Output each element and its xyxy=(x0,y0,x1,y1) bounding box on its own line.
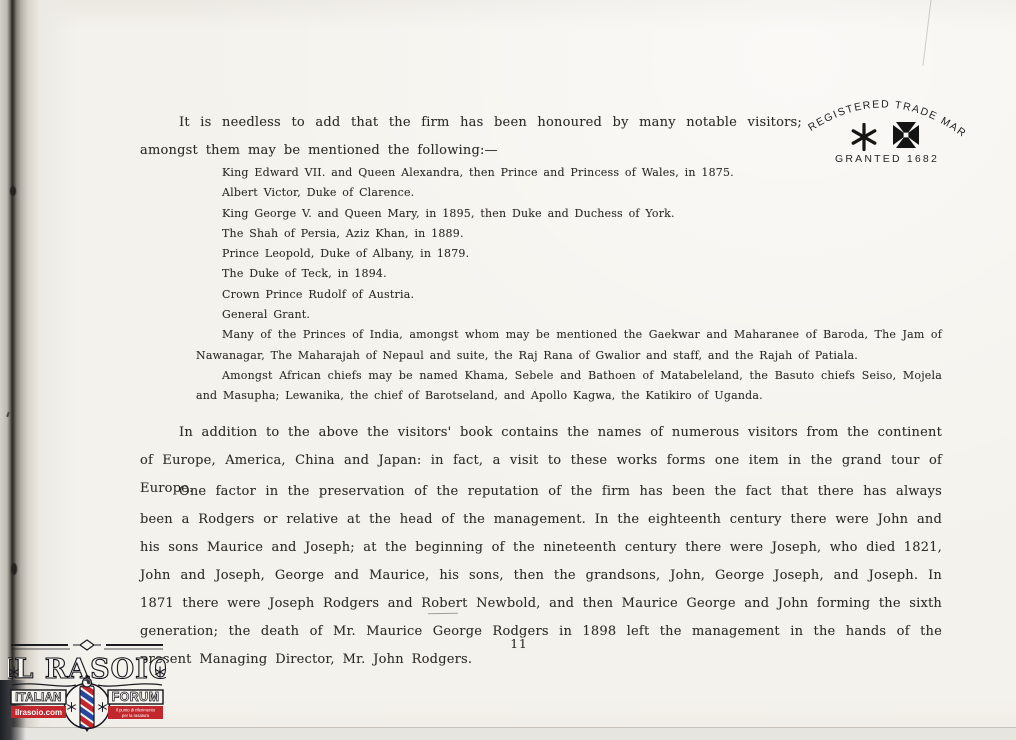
ink-speck xyxy=(6,412,10,417)
visitors-list: King Edward VII. and Queen Alexandra, th… xyxy=(196,163,942,407)
spine-notch xyxy=(10,186,16,196)
list-item: Albert Victor, Duke of Clarence. xyxy=(196,183,942,203)
scanned-book-page: It is needless to add that the firm has … xyxy=(0,0,1016,740)
list-item: Crown Prince Rudolf of Austria. xyxy=(196,285,942,305)
logo-tagline-1: il punto di riferimento xyxy=(116,708,156,713)
list-item: Many of the Princes of India, amongst wh… xyxy=(196,325,942,366)
spine-notch xyxy=(11,563,17,575)
logo-italian-label: ITALIAN xyxy=(15,692,62,704)
list-item: The Shah of Persia, Aziz Khan, in 1889. xyxy=(196,224,942,244)
list-item: General Grant. xyxy=(196,305,942,325)
list-item: The Duke of Teck, in 1894. xyxy=(196,264,942,284)
list-item: Prince Leopold, Duke of Albany, in 1879. xyxy=(196,244,942,264)
maltese-cross-icon xyxy=(893,122,919,148)
paragraph-intro: It is needless to add that the firm has … xyxy=(140,109,802,165)
trademark-arc-text: REGISTERED TRADE MARK xyxy=(804,86,969,140)
page-edge-line xyxy=(922,0,990,73)
page-number: 11 xyxy=(118,637,920,651)
logo-url: ilrasoio.com xyxy=(15,708,62,717)
list-item: King George V. and Queen Mary, in 1895, … xyxy=(196,204,942,224)
registered-trademark-stamp: REGISTERED TRADE MARK GRANTED 1682 xyxy=(804,86,970,172)
trademark-granted-text: GRANTED 1682 xyxy=(835,153,939,165)
book-spine-shadow xyxy=(0,0,78,740)
barber-pole-icon xyxy=(80,675,94,728)
six-spoked-asterisk-icon xyxy=(853,125,875,150)
list-item: Amongst African chiefs may be named Kham… xyxy=(196,366,942,407)
logo-top-ornament xyxy=(11,640,163,650)
il-rasoio-watermark-logo: IL RASOIO ITALIAN ilrasoi xyxy=(8,636,166,732)
logo-forum-label: FORUM xyxy=(112,690,160,704)
logo-tagline-2: per la rasatura xyxy=(122,713,150,718)
